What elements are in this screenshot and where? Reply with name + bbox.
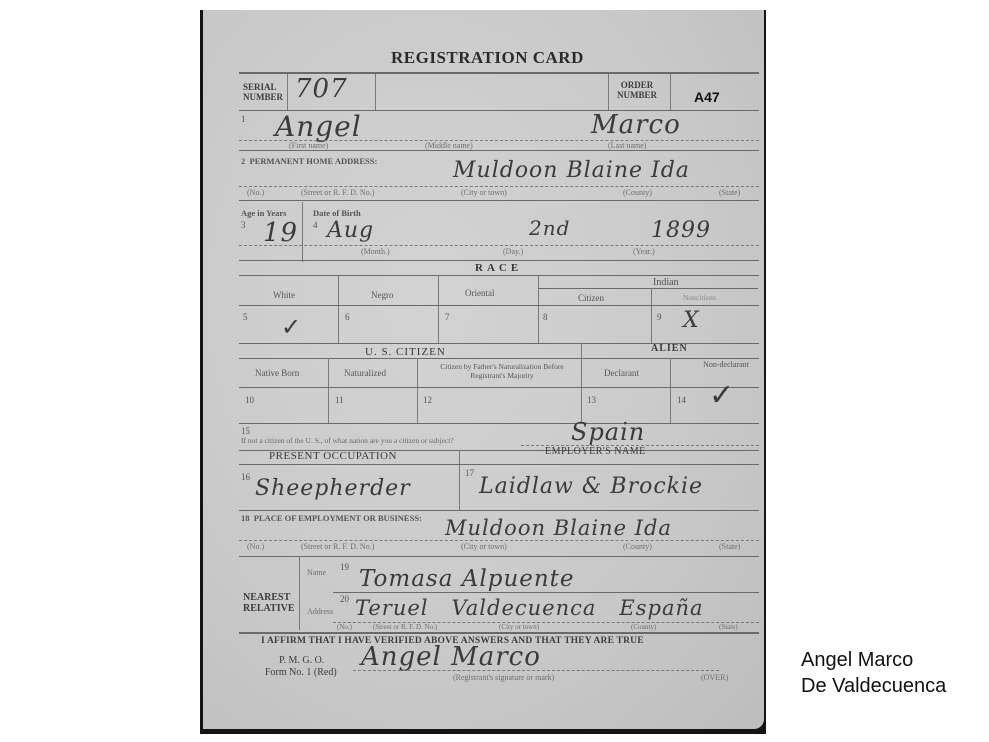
order-number-label: ORDERNUMBER xyxy=(617,80,657,100)
field-number: 1 xyxy=(241,114,246,124)
field-number: 9 xyxy=(657,312,662,322)
sublabel: (State) xyxy=(719,188,740,197)
indian-heading: Indian xyxy=(653,277,679,288)
home-address-label: 2 PERMANENT HOME ADDRESS: xyxy=(241,156,377,166)
birth-year-value: 1899 xyxy=(651,218,711,243)
field-number: 8 xyxy=(543,312,548,322)
race-white-label: White xyxy=(273,290,295,300)
dob-label: Date of Birth xyxy=(313,208,361,218)
race-indian-noncitizen-mark: X xyxy=(683,308,700,333)
race-indian-citizen-label: Citizen xyxy=(578,293,604,303)
form-id: P. M. G. O.Form No. 1 (Red) xyxy=(265,655,337,679)
field-number: 15 xyxy=(241,426,250,436)
field-number: 10 xyxy=(245,395,254,405)
field-number: 5 xyxy=(243,312,248,322)
field-number: 17 xyxy=(465,468,474,478)
birth-day-value: 2nd xyxy=(529,216,570,240)
age-value: 19 xyxy=(263,218,298,248)
nationality-label: If not a citizen of the U. S., of what n… xyxy=(241,436,454,445)
registration-card: REGISTRATION CARD SERIALNUMBER 707 ORDER… xyxy=(203,10,764,729)
field-number: 19 xyxy=(340,562,349,572)
caption-line-2: De Valdecuenca xyxy=(801,673,946,699)
race-heading: RACE xyxy=(475,262,522,274)
sublabel: (County) xyxy=(623,542,652,551)
field-number: 14 xyxy=(677,395,686,405)
field-number: 6 xyxy=(345,312,350,322)
naturalized-label: Naturalized xyxy=(344,368,386,378)
occupation-value: Sheepherder xyxy=(255,476,411,501)
citizen-by-father-label: Citizen by Father's Naturalization Befor… xyxy=(427,362,577,380)
registrant-signature: Angel Marco xyxy=(361,642,541,672)
field-number: 7 xyxy=(445,312,450,322)
sublabel: (Street or R. F. D. No.) xyxy=(301,188,374,197)
sublabel: (City or town) xyxy=(499,623,539,631)
sublabel: (County) xyxy=(623,188,652,197)
field-number: 12 xyxy=(423,395,432,405)
field-number: 11 xyxy=(335,395,344,405)
race-indian-noncitizen-label: Noncitizen xyxy=(683,293,716,302)
relative-name-label: Name xyxy=(307,568,326,577)
occupation-heading: PRESENT OCCUPATION xyxy=(269,450,397,462)
field-number: 20 xyxy=(340,594,349,604)
field-number: 13 xyxy=(587,395,596,405)
signature-label: (Registrant's signature or mark) xyxy=(453,673,554,682)
serial-number-value: 707 xyxy=(295,74,348,104)
sublabel: (State) xyxy=(719,542,740,551)
place-of-employment-value: Muldoon Blaine Ida xyxy=(445,516,672,540)
sublabel: (No.) xyxy=(247,542,264,551)
sublabel: (Year.) xyxy=(633,247,655,256)
sublabel: (City or town) xyxy=(461,188,507,197)
sublabel: (State) xyxy=(719,623,738,631)
sublabel: (No.) xyxy=(247,188,264,197)
caption: Angel Marco De Valdecuenca xyxy=(801,647,946,699)
alien-heading: ALIEN xyxy=(651,343,688,354)
race-white-checkmark: ✓ xyxy=(281,313,301,341)
race-negro-label: Negro xyxy=(371,290,394,300)
declarant-label: Declarant xyxy=(604,368,639,378)
sublabel: (County) xyxy=(631,623,656,631)
non-declarant-label: Non-declarant xyxy=(701,360,751,370)
last-name-value: Marco xyxy=(591,110,681,140)
birth-month-value: Aug xyxy=(327,218,374,243)
employer-heading: EMPLOYER'S NAME xyxy=(545,446,646,457)
last-name-label: (Last name) xyxy=(608,141,646,150)
card-title: REGISTRATION CARD xyxy=(391,48,584,68)
sublabel: (Day.) xyxy=(503,247,523,256)
first-name-value: Angel xyxy=(275,110,362,143)
place-of-employment-label: 18 PLACE OF EMPLOYMENT OR BUSINESS: xyxy=(241,513,422,523)
non-declarant-checkmark: ✓ xyxy=(709,378,734,413)
middle-name-label: (Middle name) xyxy=(425,141,473,150)
relative-address-value: Teruel Valdecuenca España xyxy=(355,596,704,620)
field-number: 3 xyxy=(241,220,246,230)
nearest-relative-label: NEARESTRELATIVE xyxy=(243,592,295,614)
relative-name-value: Tomasa Alpuente xyxy=(359,566,575,592)
over-label: (OVER) xyxy=(701,673,728,682)
sublabel: (Street or R. F. D. No.) xyxy=(301,542,374,551)
nationality-value: Spain xyxy=(571,418,645,446)
home-address-value: Muldoon Blaine Ida xyxy=(453,158,690,183)
first-name-label: (First name) xyxy=(289,141,328,150)
field-number: 4 xyxy=(313,220,318,230)
sublabel: (Street or R. F. D. No.) xyxy=(373,623,437,631)
registration-card-photo: REGISTRATION CARD SERIALNUMBER 707 ORDER… xyxy=(200,10,766,734)
employer-value: Laidlaw & Brockie xyxy=(479,474,703,499)
sublabel: (Month.) xyxy=(361,247,390,256)
age-label: Age in Years xyxy=(241,208,286,218)
caption-line-1: Angel Marco xyxy=(801,647,946,673)
race-oriental-label: Oriental xyxy=(465,288,495,298)
field-number: 16 xyxy=(241,472,250,482)
relative-address-label: Address xyxy=(307,607,333,616)
sublabel: (City or town) xyxy=(461,542,507,551)
order-number-value: A47 xyxy=(694,89,720,105)
serial-number-label: SERIALNUMBER xyxy=(243,82,283,102)
sublabel: (No.) xyxy=(337,623,352,631)
us-citizen-heading: U. S. CITIZEN xyxy=(365,346,446,358)
native-born-label: Native Born xyxy=(255,368,299,378)
